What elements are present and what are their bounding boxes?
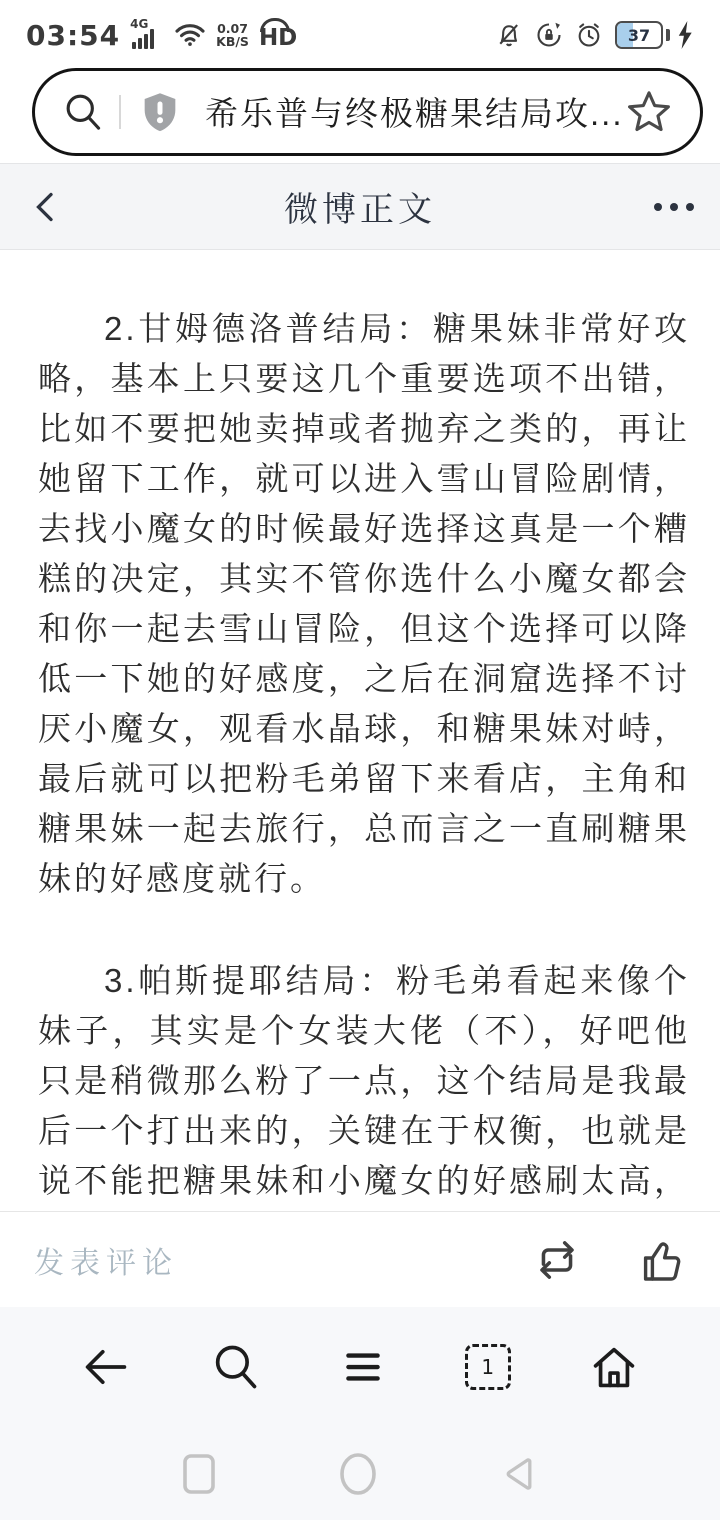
charging-bolt-icon — [676, 21, 694, 49]
search-icon[interactable] — [61, 90, 105, 134]
volte-hd-icon: HD — [259, 19, 297, 51]
menu-icon[interactable] — [338, 1342, 388, 1392]
back-arrow-icon[interactable] — [80, 1341, 132, 1393]
network-speed: 0.07 KB/S — [216, 22, 249, 48]
alarm-clock-icon — [575, 21, 603, 49]
back-chevron-icon[interactable] — [26, 185, 66, 229]
browser-toolbar: 1 — [0, 1307, 720, 1427]
clock-time: 03:54 — [26, 19, 120, 52]
battery-icon: 37 — [615, 21, 663, 49]
more-ellipsis-icon[interactable] — [654, 203, 694, 211]
wifi-icon — [174, 22, 206, 48]
signal-bars-icon: 4G — [130, 19, 164, 51]
speed-unit: KB/S — [216, 35, 249, 48]
bell-muted-icon — [495, 21, 523, 49]
rotation-lock-icon — [535, 21, 563, 49]
android-nav-bar — [0, 1427, 720, 1520]
site-safety-shield-icon[interactable] — [137, 89, 183, 135]
search-icon[interactable] — [209, 1341, 261, 1393]
article-content: 2.甘姆德洛普结局：糖果妹非常好攻略，基本上只要这几个重要选项不出错，比如不要把… — [0, 250, 720, 1211]
comment-bar: 发表评论 — [0, 1211, 720, 1307]
back-triangle-icon[interactable] — [497, 1452, 541, 1496]
page-header-title: 微博正文 — [66, 182, 654, 231]
tabs-icon[interactable]: 1 — [465, 1344, 511, 1390]
phone-screen: 03:54 4G 0.07 KB/S HD — [0, 0, 720, 1520]
tab-count: 1 — [481, 1355, 494, 1379]
thumbs-up-icon[interactable] — [638, 1237, 686, 1283]
home-icon[interactable] — [588, 1341, 640, 1393]
divider — [119, 95, 121, 129]
home-circle-icon[interactable] — [336, 1449, 380, 1499]
page-header: 微博正文 — [0, 163, 720, 250]
page-title-text[interactable]: 希乐普与终极糖果结局攻... — [205, 88, 624, 135]
recents-square-icon[interactable] — [179, 1450, 219, 1498]
address-bar[interactable]: 希乐普与终极糖果结局攻... — [32, 68, 703, 156]
bookmark-star-icon[interactable] — [624, 87, 674, 137]
comment-input[interactable]: 发表评论 — [34, 1238, 178, 1282]
bottom-chrome: 1 — [0, 1307, 720, 1520]
browser-address-area: 希乐普与终极糖果结局攻... — [0, 60, 720, 163]
article-paragraph: 3.帕斯提耶结局：粉毛弟看起来像个妹子，其实是个女装大佬（不），好吧他只是稍微那… — [38, 956, 690, 1211]
battery-percent: 37 — [628, 26, 650, 45]
article-paragraph: 2.甘姆德洛普结局：糖果妹非常好攻略，基本上只要这几个重要选项不出错，比如不要把… — [38, 304, 690, 904]
status-bar: 03:54 4G 0.07 KB/S HD — [0, 0, 720, 60]
repost-icon[interactable] — [532, 1237, 582, 1283]
